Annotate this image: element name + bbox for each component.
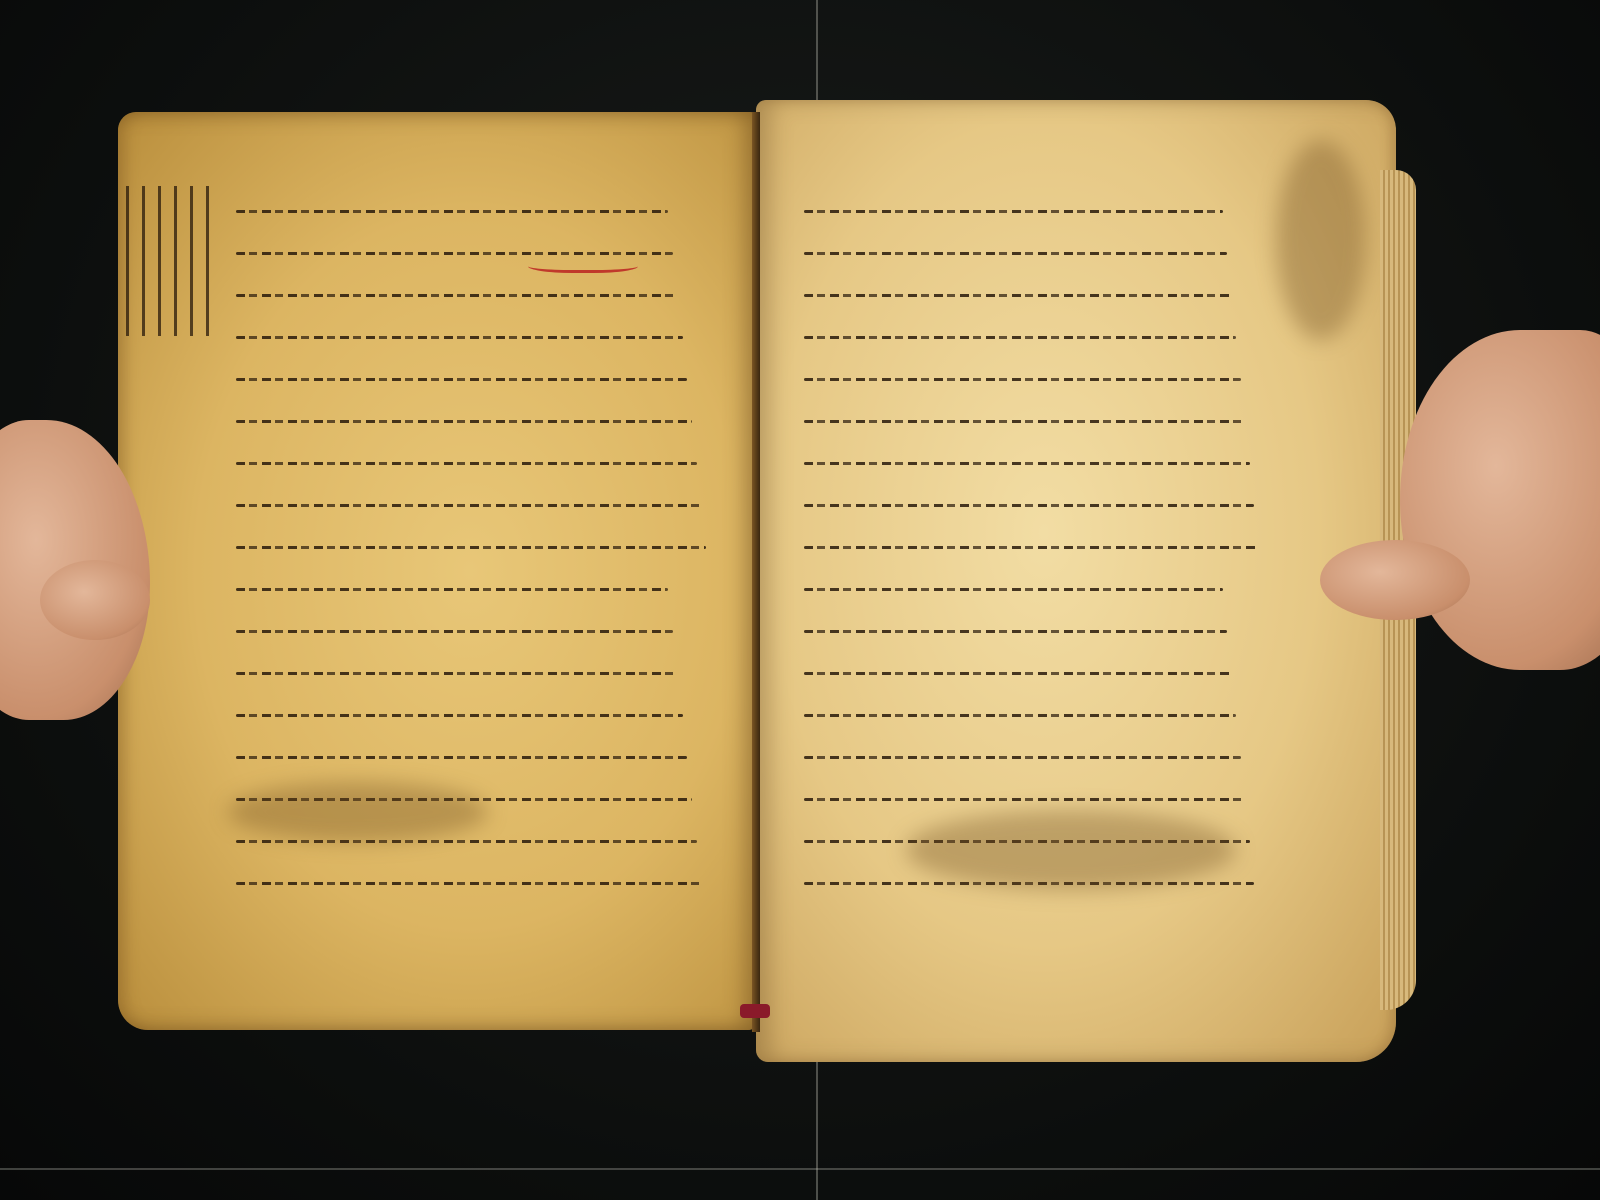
handwritten-line <box>236 672 678 675</box>
book-spine <box>752 112 760 1032</box>
handwritten-line <box>804 630 1227 633</box>
handwritten-line <box>804 378 1241 381</box>
handwritten-line <box>804 798 1245 801</box>
corner-stain <box>1276 140 1366 340</box>
handwritten-line <box>236 252 673 255</box>
handwritten-line <box>804 756 1241 759</box>
handwritten-line <box>236 546 706 549</box>
handwritten-line <box>804 420 1245 423</box>
handwritten-line <box>236 294 678 297</box>
handwritten-line <box>804 336 1236 339</box>
handwritten-line <box>236 630 673 633</box>
right-thumb <box>1320 540 1470 620</box>
handwritten-line <box>804 504 1254 507</box>
handwritten-line <box>804 714 1236 717</box>
handwritten-line <box>236 462 697 465</box>
right-page <box>756 100 1396 1062</box>
alignment-line-horizontal <box>0 1168 1600 1170</box>
handwritten-line <box>236 420 692 423</box>
left-thumb <box>40 560 150 640</box>
handwritten-line <box>804 210 1223 213</box>
handwritten-line <box>236 504 701 507</box>
handwritten-line <box>804 252 1227 255</box>
handwritten-line <box>236 714 683 717</box>
handwritten-line <box>804 462 1250 465</box>
water-stain <box>228 782 488 842</box>
water-stain <box>906 810 1236 890</box>
handwritten-line <box>236 840 697 843</box>
handwritten-line <box>236 756 687 759</box>
red-cover-edge <box>740 1004 770 1018</box>
handwritten-line <box>236 336 683 339</box>
handwritten-line <box>236 210 668 213</box>
handwritten-line <box>804 672 1232 675</box>
handwritten-line <box>804 546 1259 549</box>
handwritten-line <box>236 882 701 885</box>
handwritten-line <box>804 588 1223 591</box>
margin-note <box>126 186 222 336</box>
red-rubric <box>528 256 638 273</box>
handwritten-line <box>236 588 668 591</box>
handwritten-line <box>804 294 1232 297</box>
handwritten-line <box>236 378 687 381</box>
